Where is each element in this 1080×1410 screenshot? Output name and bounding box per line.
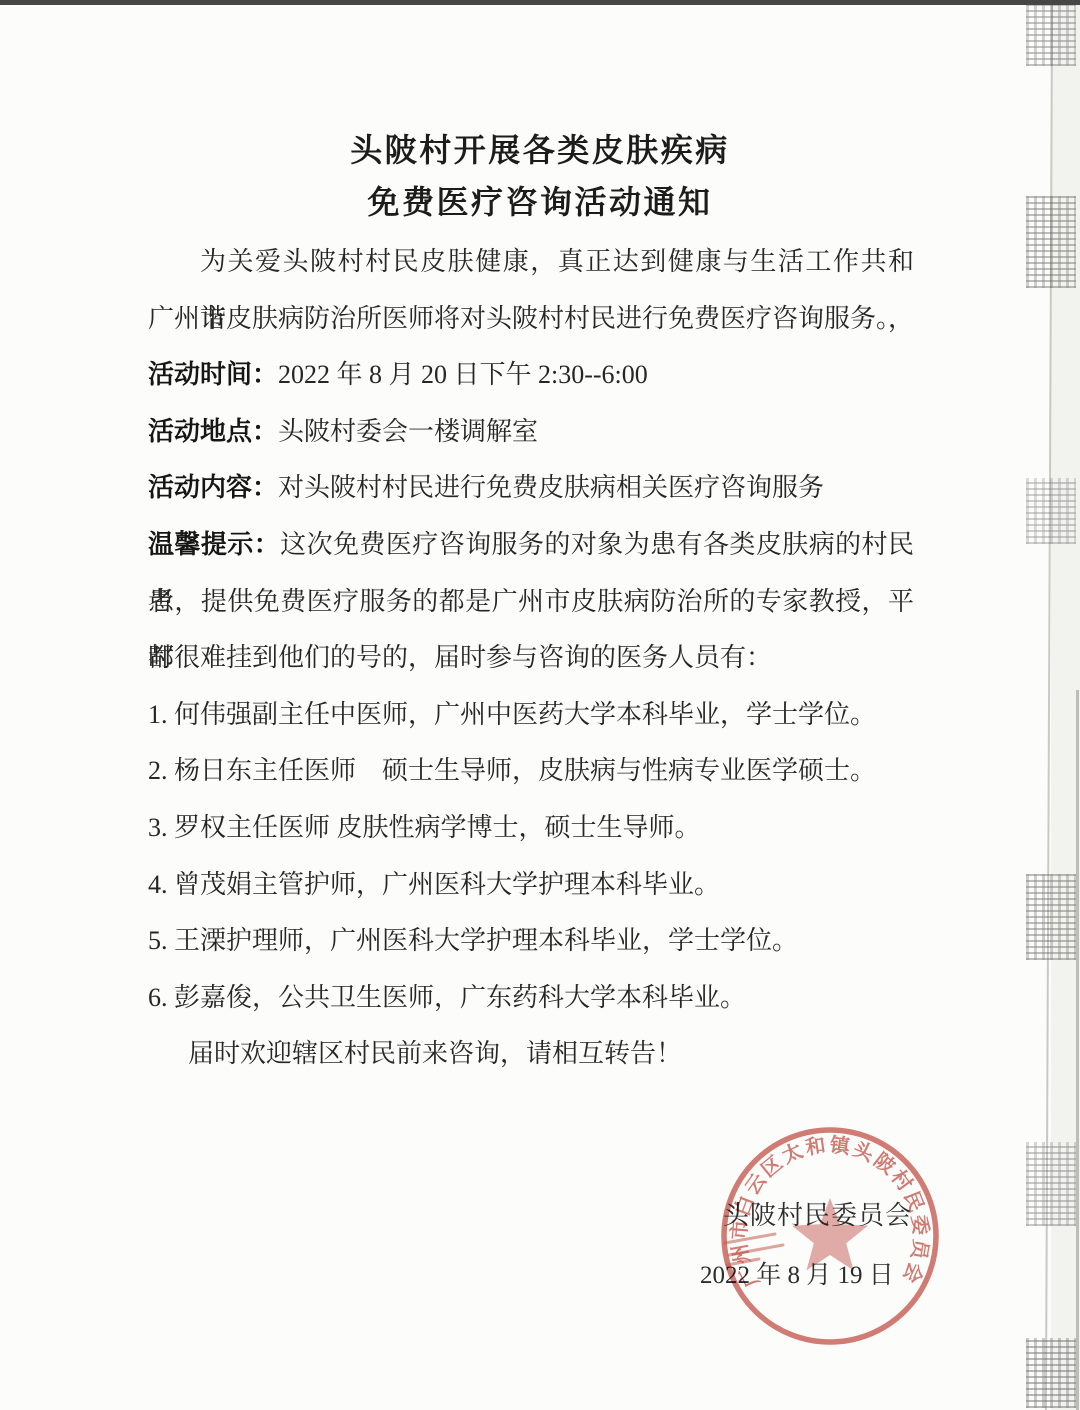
info-time-value: 2022 年 8 月 20 日下午 2:30--6:00 bbox=[278, 360, 648, 389]
info-content-value: 对头陂村村民进行免费皮肤病相关医疗咨询服务 bbox=[278, 473, 824, 502]
scanned-notice-page: 头陂村开展各类皮肤疾病 免费医疗咨询活动通知 为关爱头陂村村民皮肤健康，真正达到… bbox=[0, 0, 1080, 1410]
notice-body: 为关爱头陂村村民皮肤健康，真正达到健康与生活工作共和谐， 广州市皮肤病防治所医师… bbox=[148, 234, 914, 1083]
doctor-item-6: 6. 彭嘉俊，公共卫生医师，广东药科大学本科毕业。 bbox=[148, 970, 914, 1027]
doctor-item-4: 4. 曾茂娟主管护师，广州医科大学护理本科毕业。 bbox=[148, 857, 914, 914]
doctor-item-5: 5. 王溧护理师，广州医科大学护理本科毕业，学士学位。 bbox=[148, 913, 914, 970]
scan-top-edge-artifact bbox=[0, 0, 1080, 5]
info-place: 活动地点：头陂村委会一楼调解室 bbox=[148, 404, 914, 461]
scan-noise-band bbox=[1026, 478, 1076, 544]
doctor-item-3: 3. 罗权主任医师 皮肤性病学博士，硕士生导师。 bbox=[148, 800, 914, 857]
scan-edge-shadow bbox=[1076, 690, 1079, 1410]
info-place-label: 活动地点： bbox=[148, 417, 278, 446]
doctor-item-1: 1. 何伟强副主任中医师，广州中医药大学本科毕业，学士学位。 bbox=[148, 687, 914, 744]
scan-noise-band bbox=[1026, 874, 1076, 960]
official-seal-stamp: 广州市白云区太和镇头陂村民委员会 bbox=[689, 1095, 971, 1377]
scan-noise-band bbox=[1026, 4, 1076, 66]
scan-noise-band bbox=[1026, 1142, 1076, 1226]
info-time: 活动时间：2022 年 8 月 20 日下午 2:30--6:00 bbox=[148, 347, 914, 404]
info-place-value: 头陂村委会一楼调解室 bbox=[278, 417, 538, 446]
info-content: 活动内容：对头陂村村民进行免费皮肤病相关医疗咨询服务 bbox=[148, 460, 914, 517]
intro-line-2: 广州市皮肤病防治所医师将对头陂村村民进行免费医疗咨询服务。 bbox=[148, 291, 914, 348]
signature-committee-name: 头陂村民委员会 bbox=[723, 1196, 912, 1236]
notice-title-line1: 头陂村开展各类皮肤疾病 bbox=[0, 124, 1080, 176]
notice-title: 头陂村开展各类皮肤疾病 免费医疗咨询活动通知 bbox=[0, 124, 1080, 228]
scan-noise-band bbox=[1026, 1338, 1076, 1408]
tips-line-3: 都很难挂到他们的号的，届时参与咨询的医务人员有： bbox=[148, 630, 914, 687]
signature-date: 2022 年 8 月 19 日 bbox=[700, 1256, 894, 1296]
info-content-label: 活动内容： bbox=[148, 473, 278, 502]
seal-outer-ring bbox=[724, 1130, 936, 1342]
notice-title-line2: 免费医疗咨询活动通知 bbox=[0, 176, 1080, 228]
doctor-item-2: 2. 杨日东主任医师 硕士生导师，皮肤病与性病专业医学硕士。 bbox=[148, 743, 914, 800]
closing-line: 届时欢迎辖区村民前来咨询，请相互转告！ bbox=[148, 1026, 914, 1083]
intro-line-1: 为关爱头陂村村民皮肤健康，真正达到健康与生活工作共和谐， bbox=[148, 234, 914, 291]
tips-label: 温馨提示： bbox=[148, 530, 280, 559]
tips-line-2: 者，提供免费医疗服务的都是广州市皮肤病防治所的专家教授，平时 bbox=[148, 574, 914, 631]
tips-line-1: 温馨提示：这次免费医疗咨询服务的对象为患有各类皮肤病的村民患 bbox=[148, 517, 914, 574]
info-time-label: 活动时间： bbox=[148, 360, 278, 389]
